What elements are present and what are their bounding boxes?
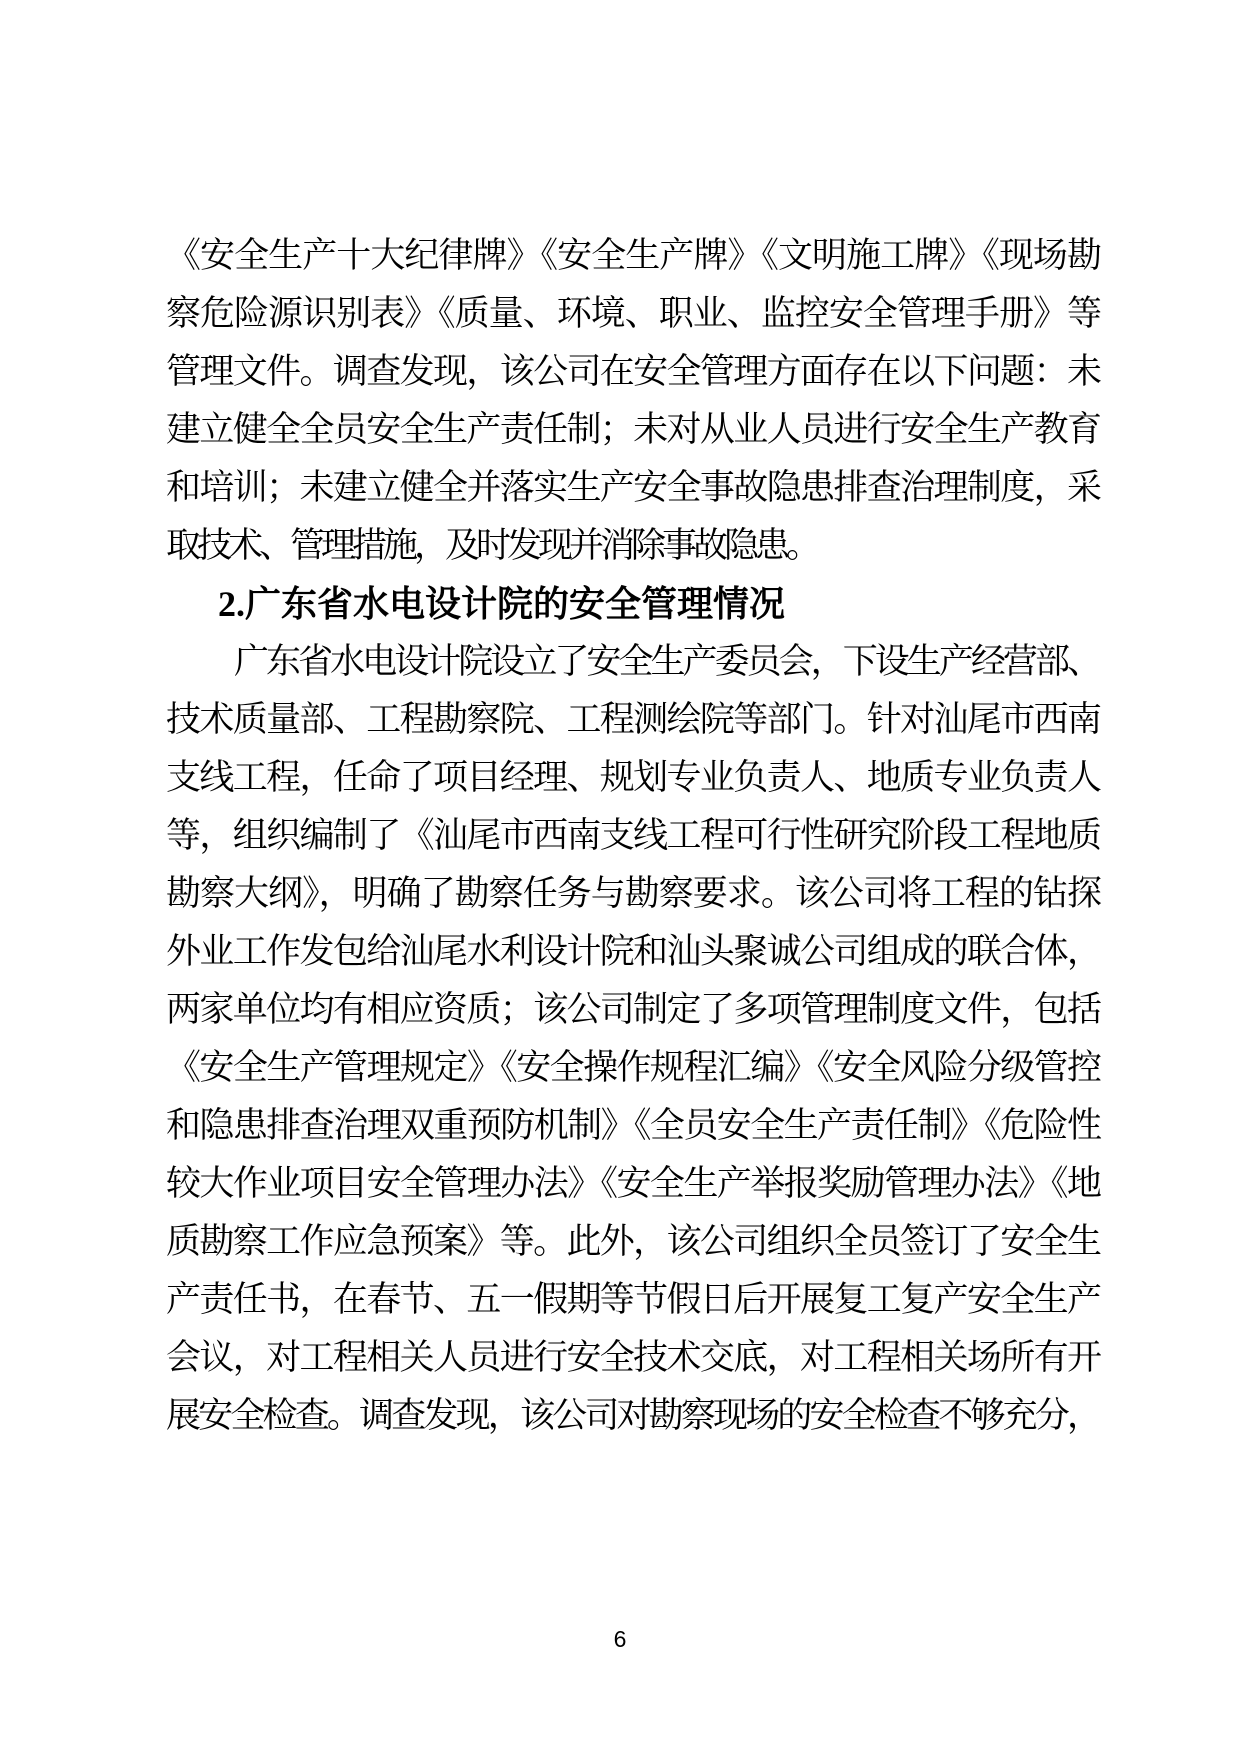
paragraph2-line: 广东省水电设计院设立了安全生产委员会，下设生产经营部、: [166, 633, 1098, 691]
page-body-text: 《安全生产十大纪律牌》《安全生产牌》《文明施工牌》《现场勘 察危险源识别表》《质…: [166, 227, 1098, 1445]
paragraph1-line: 《安全生产十大纪律牌》《安全生产牌》《文明施工牌》《现场勘: [166, 227, 1098, 285]
paragraph1-line: 和培训；未建立健全并落实生产安全事故隐患排查治理制度，采: [166, 459, 1098, 517]
paragraph2-line: 质勘察工作应急预案》等。此外，该公司组织全员签订了安全生: [166, 1213, 1098, 1271]
paragraph2-line: 《安全生产管理规定》《安全操作规程汇编》《安全风险分级管控: [166, 1039, 1098, 1097]
paragraph2-line: 和隐患排查治理双重预防机制》《全员安全生产责任制》《危险性: [166, 1097, 1098, 1155]
paragraph2-line: 展安全检查。调查发现，该公司对勘察现场的安全检查不够充分，: [166, 1387, 1098, 1445]
paragraph1-line: 建立健全全员安全生产责任制；未对从业人员进行安全生产教育: [166, 401, 1098, 459]
paragraph2-line: 两家单位均有相应资质；该公司制定了多项管理制度文件，包括: [166, 981, 1098, 1039]
paragraph2-line: 较大作业项目安全管理办法》《安全生产举报奖励管理办法》《地: [166, 1155, 1098, 1213]
paragraph1-line: 取技术、管理措施，及时发现并消除事故隐患。: [166, 517, 1098, 575]
paragraph2-line: 勘察大纲》，明确了勘察任务与勘察要求。该公司将工程的钻探: [166, 865, 1098, 923]
paragraph2-line: 技术质量部、工程勘察院、工程测绘院等部门。针对汕尾市西南: [166, 691, 1098, 749]
section-heading: 2.广东省水电设计院的安全管理情况: [166, 575, 1098, 633]
paragraph2-line: 会议，对工程相关人员进行安全技术交底，对工程相关场所有开: [166, 1329, 1098, 1387]
paragraph1-line: 察危险源识别表》《质量、环境、职业、监控安全管理手册》等: [166, 285, 1098, 343]
paragraph2-line: 产责任书，在春节、五一假期等节假日后开展复工复产安全生产: [166, 1271, 1098, 1329]
paragraph2-line: 外业工作发包给汕尾水利设计院和汕头聚诚公司组成的联合体，: [166, 923, 1098, 981]
document-page: 《安全生产十大纪律牌》《安全生产牌》《文明施工牌》《现场勘 察危险源识别表》《质…: [0, 0, 1240, 1753]
paragraph2-line: 等，组织编制了《汕尾市西南支线工程可行性研究阶段工程地质: [166, 807, 1098, 865]
page-number: 6: [0, 1626, 1240, 1653]
paragraph1-line: 管理文件。调查发现，该公司在安全管理方面存在以下问题：未: [166, 343, 1098, 401]
paragraph2-line: 支线工程，任命了项目经理、规划专业负责人、地质专业负责人: [166, 749, 1098, 807]
